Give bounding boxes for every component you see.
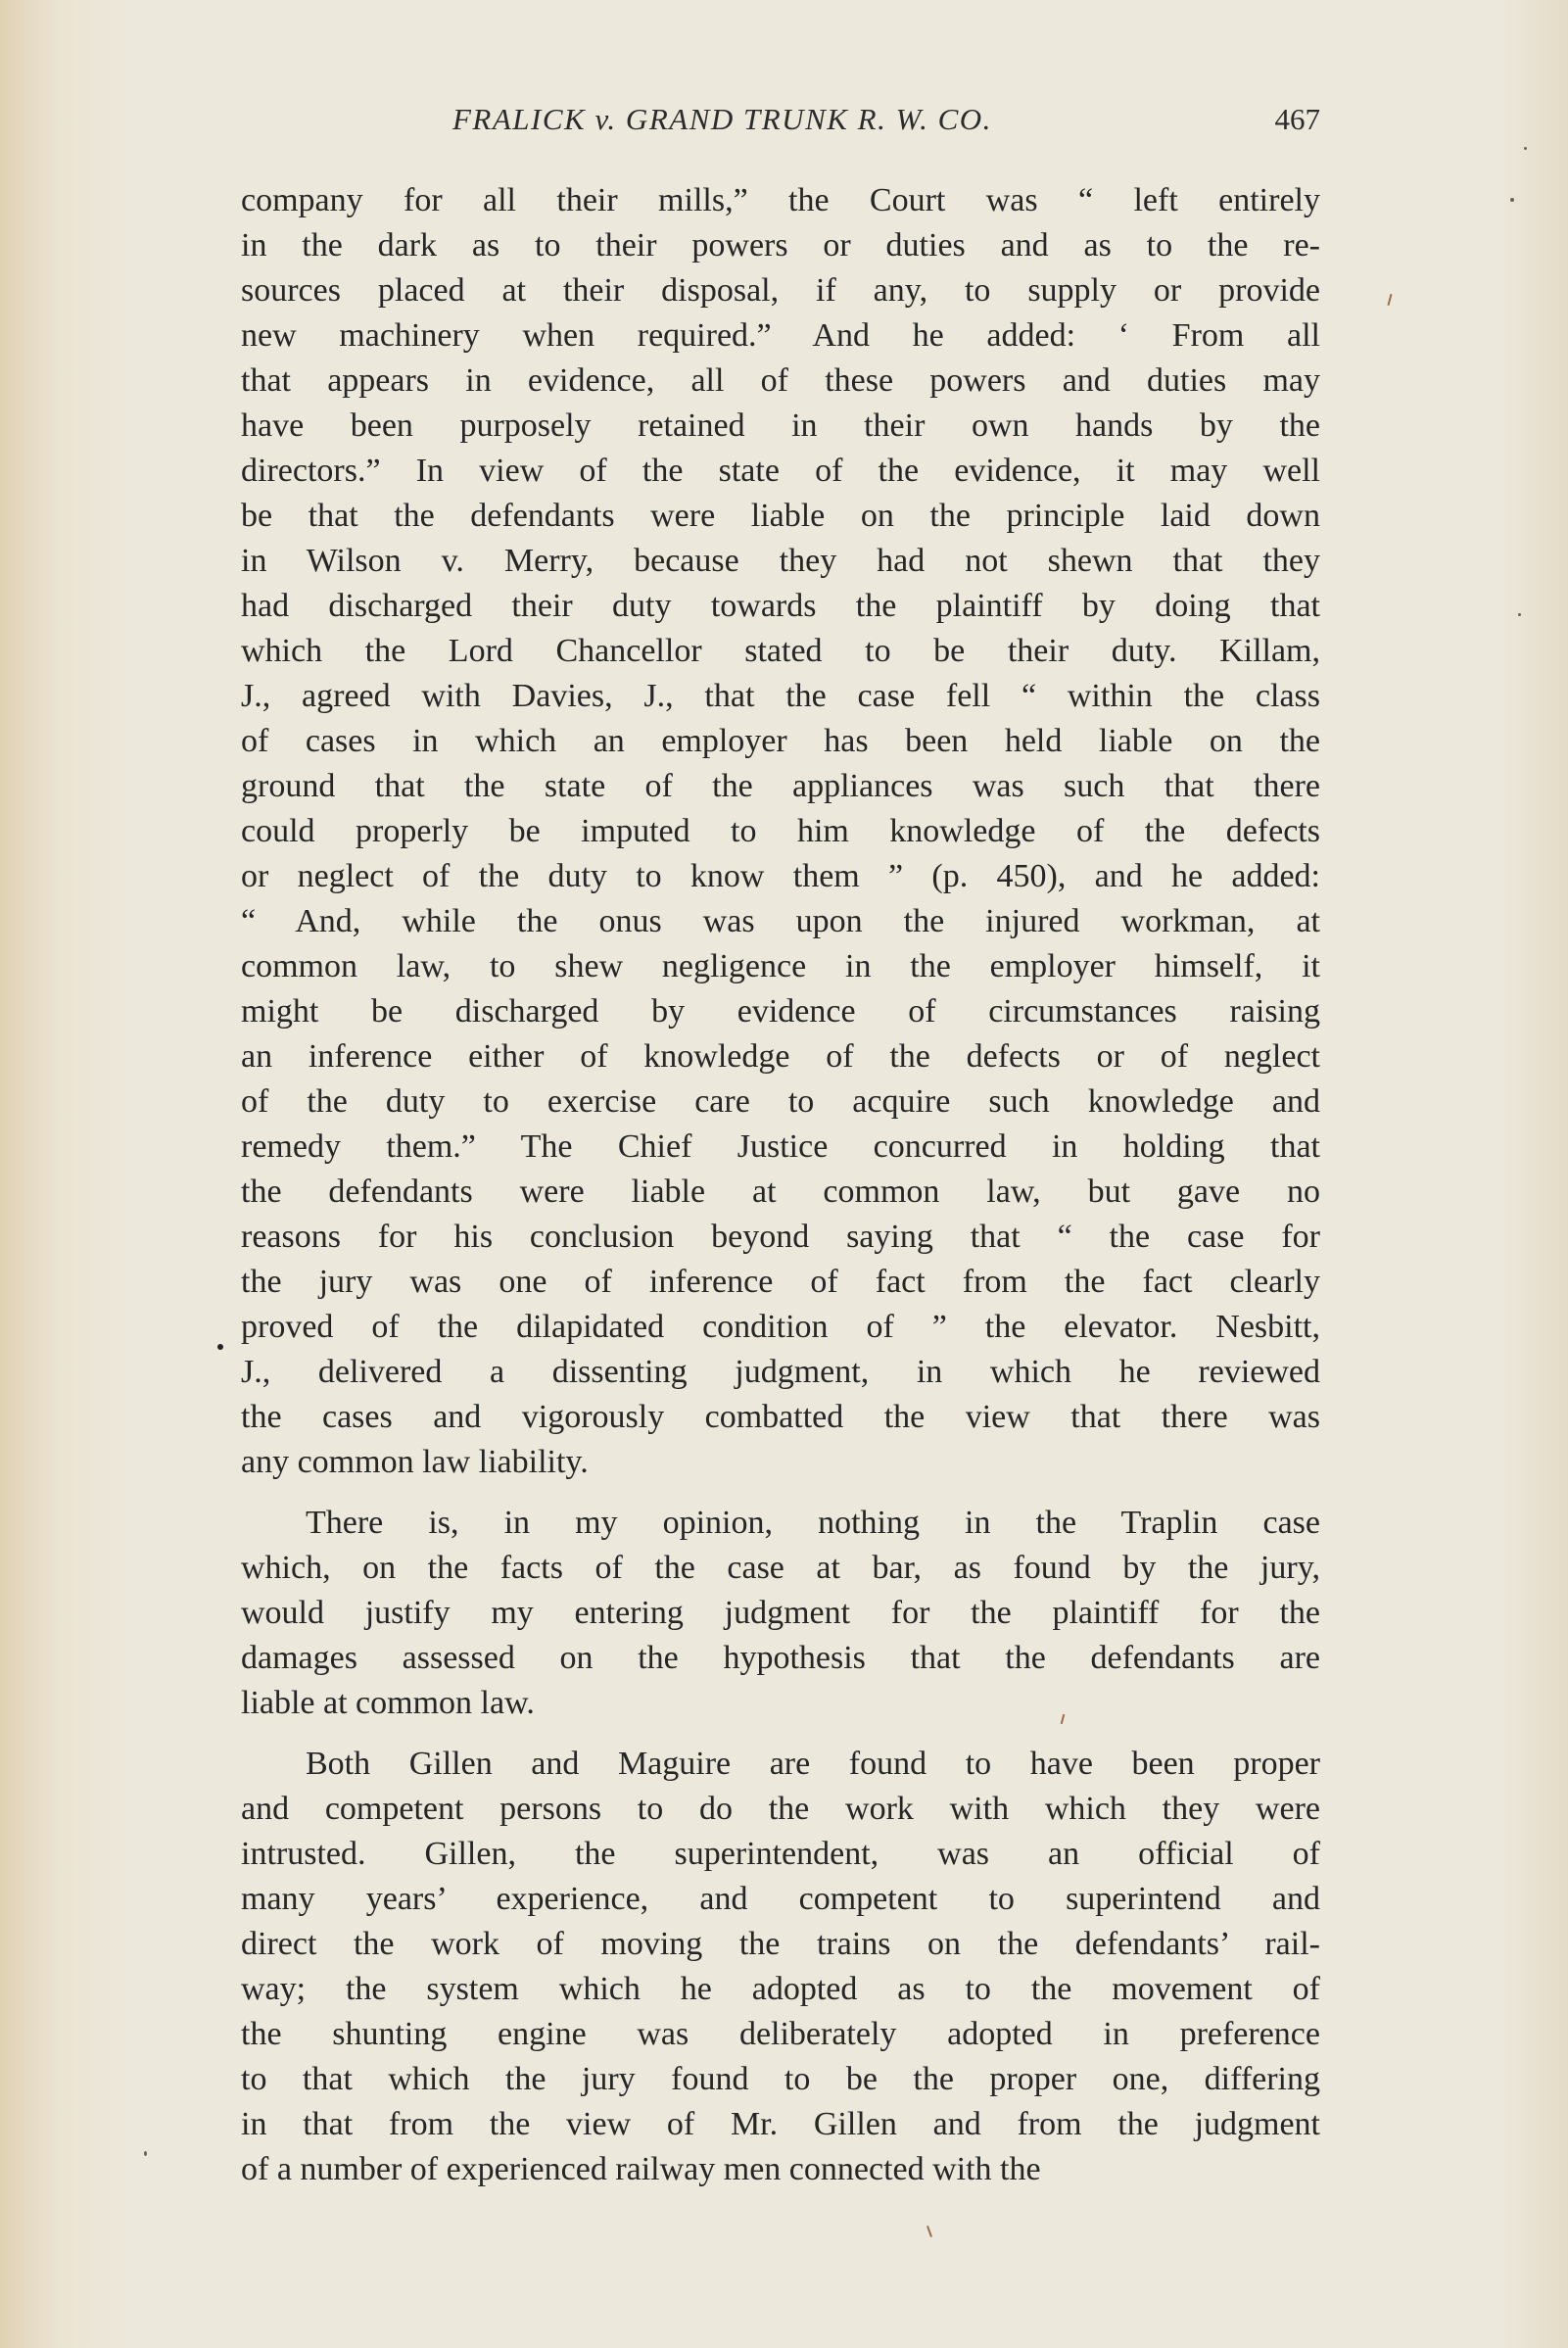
text-line: the jury was one of inference of fact fr… xyxy=(241,1260,1320,1305)
text-line: any common law liability. xyxy=(241,1440,1320,1485)
text-line: an inference either of knowledge of the … xyxy=(241,1034,1320,1079)
running-header: FRALICK v. GRAND TRUNK R. W. CO. 467 xyxy=(235,102,1320,147)
text-line: many years’ experience, and competent to… xyxy=(241,1877,1320,1922)
text-line: “ And, while the onus was upon the injur… xyxy=(241,899,1320,944)
text-line: or neglect of the duty to know them ” (p… xyxy=(241,854,1320,899)
text-line: sources placed at their disposal, if any… xyxy=(241,268,1320,313)
text-line: had discharged their duty towards the pl… xyxy=(241,584,1320,629)
text-line: direct the work of moving the trains on … xyxy=(241,1922,1320,1967)
scanned-page: FRALICK v. GRAND TRUNK R. W. CO. 467 com… xyxy=(0,0,1568,2348)
scan-speck xyxy=(1518,613,1521,616)
text-line: have been purposely retained in their ow… xyxy=(241,404,1320,449)
text-line: company for all their mills,” the Court … xyxy=(241,178,1320,223)
paragraph-1: company for all their mills,” the Court … xyxy=(241,178,1320,1485)
text-line: There is, in my opinion, nothing in the … xyxy=(241,1501,1320,1546)
text-line: intrusted. Gillen, the superintendent, w… xyxy=(241,1832,1320,1877)
running-title: FRALICK v. GRAND TRUNK R. W. CO. xyxy=(452,102,992,137)
text-line: would justify my entering judgment for t… xyxy=(241,1591,1320,1636)
scan-scratch xyxy=(1387,294,1392,306)
text-line: which the Lord Chancellor stated to be t… xyxy=(241,629,1320,674)
text-line: remedy them.” The Chief Justice concurre… xyxy=(241,1125,1320,1170)
text-line: J., delivered a dissenting judgment, in … xyxy=(241,1350,1320,1395)
text-line: way; the system which he adopted as to t… xyxy=(241,1967,1320,2012)
text-line: in that from the view of Mr. Gillen and … xyxy=(241,2102,1320,2147)
text-line: of cases in which an employer has been h… xyxy=(241,719,1320,764)
text-line: and competent persons to do the work wit… xyxy=(241,1787,1320,1832)
text-line: J., agreed with Davies, J., that the cas… xyxy=(241,674,1320,719)
scan-scratch xyxy=(927,2226,932,2237)
text-line: of the duty to exercise care to acquire … xyxy=(241,1079,1320,1125)
text-line: Both Gillen and Maguire are found to hav… xyxy=(241,1742,1320,1787)
text-line: to that which the jury found to be the p… xyxy=(241,2057,1320,2102)
scan-speck xyxy=(144,2151,147,2156)
text-line: the shunting engine was deliberately ado… xyxy=(241,2012,1320,2057)
text-line: that appears in evidence, all of these p… xyxy=(241,359,1320,404)
text-line: directors.” In view of the state of the … xyxy=(241,449,1320,494)
scan-speck xyxy=(1510,198,1514,202)
paragraph-2: There is, in my opinion, nothing in the … xyxy=(241,1501,1320,1726)
text-line: in Wilson v. Merry, because they had not… xyxy=(241,539,1320,584)
text-line: new machinery when required.” And he add… xyxy=(241,313,1320,359)
text-line: might be discharged by evidence of circu… xyxy=(241,989,1320,1034)
page-number: 467 xyxy=(1275,102,1321,137)
text-line: in the dark as to their powers or duties… xyxy=(241,223,1320,268)
text-line: the defendants were liable at common law… xyxy=(241,1170,1320,1215)
paragraph-3: Both Gillen and Maguire are found to hav… xyxy=(241,1742,1320,2192)
text-line: reasons for his conclusion beyond saying… xyxy=(241,1215,1320,1260)
text-line: be that the defendants were liable on th… xyxy=(241,494,1320,539)
text-line: of a number of experienced railway men c… xyxy=(241,2147,1320,2192)
text-line: which, on the facts of the case at bar, … xyxy=(241,1546,1320,1591)
body-text: company for all their mills,” the Court … xyxy=(241,178,1320,2208)
text-line: could properly be imputed to him knowled… xyxy=(241,809,1320,854)
text-line: common law, to shew negligence in the em… xyxy=(241,944,1320,989)
text-line: proved of the dilapidated condition of ”… xyxy=(241,1305,1320,1350)
text-line: the cases and vigorously combatted the v… xyxy=(241,1395,1320,1440)
scan-speck xyxy=(1524,147,1527,150)
text-line: liable at common law. xyxy=(241,1681,1320,1726)
text-line: ground that the state of the appliances … xyxy=(241,764,1320,809)
scan-speck xyxy=(217,1344,223,1350)
text-line: damages assessed on the hypothesis that … xyxy=(241,1636,1320,1681)
